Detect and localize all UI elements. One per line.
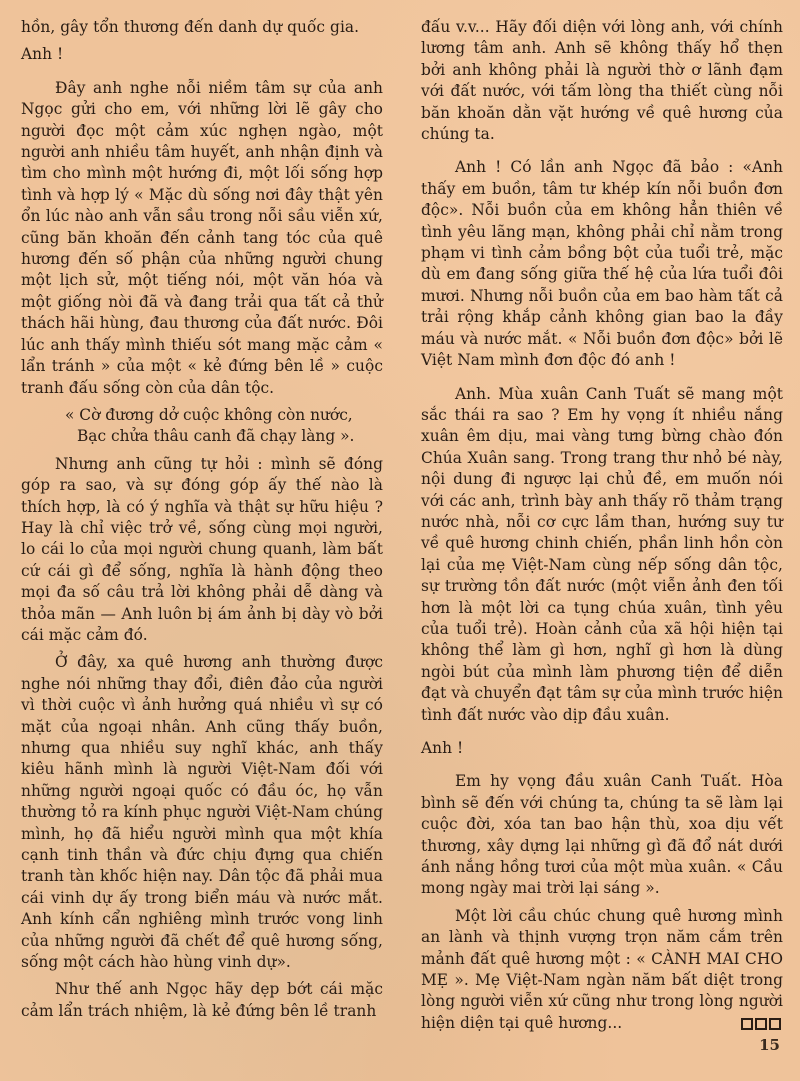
paragraph: Ở đây, xa quê hương anh thường được nghe… [21,652,383,973]
paragraph: đấu v.v... Hãy đối diện với lòng anh, vớ… [421,17,783,145]
end-of-article-marks-icon [741,1018,781,1030]
right-column: đấu v.v... Hãy đối diện với lòng anh, vớ… [421,17,783,1034]
paragraph: hồn, gây tổn thương đến danh dự quốc gia… [21,17,383,38]
verse-quote: « Cờ đương dở cuộc không còn nước, Bạc c… [65,405,383,448]
salutation: Anh ! [21,44,383,65]
paragraph: Anh. Mùa xuân Canh Tuất sẽ mang một sắc … [421,384,783,727]
paragraph: Anh ! Có lần anh Ngọc đã bảo : «Anh thấy… [421,157,783,371]
square-icon [741,1018,753,1030]
closing-paragraph-text: Một lời cầu chúc chung quê hương mình an… [421,907,783,1032]
left-column: hồn, gây tổn thương đến danh dự quốc gia… [21,17,383,1022]
verse-line: Bạc chửa thâu canh đã chạy làng ». [65,426,383,447]
paragraph: Một lời cầu chúc chung quê hương mình an… [421,906,783,1034]
square-icon [755,1018,767,1030]
salutation: Anh ! [421,738,783,759]
paragraph: Em hy vọng đầu xuân Canh Tuất. Hòa bình … [421,771,783,899]
square-icon [769,1018,781,1030]
paragraph: Như thế anh Ngọc hãy dẹp bớt cái mặc cảm… [21,979,383,1022]
paragraph: Nhưng anh cũng tự hỏi : mình sẽ đóng góp… [21,454,383,647]
paragraph: Đây anh nghe nỗi niềm tâm sự của anh Ngọ… [21,78,383,399]
magazine-page: hồn, gây tổn thương đến danh dự quốc gia… [0,0,800,1081]
page-number: 15 [759,1036,780,1054]
verse-line: « Cờ đương dở cuộc không còn nước, [65,405,383,426]
